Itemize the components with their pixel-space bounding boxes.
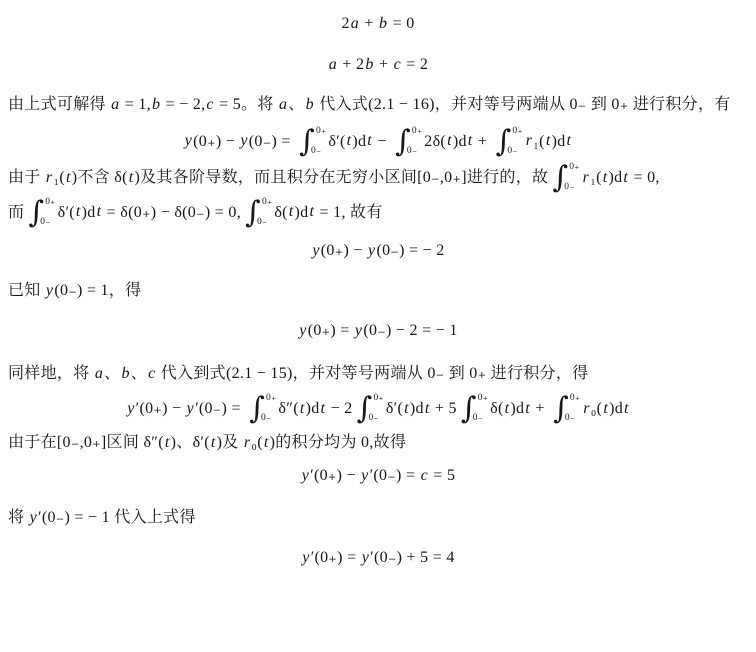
integral-upper-limit: 0₊ [570,394,580,404]
text-run: ₀( [591,400,603,417]
math-variable: t [446,132,453,149]
eq-yprime-integrals: y′(0₊) − y′(0₋) = ∫0₊0₋δ″(t)dt − 2∫0₊0₋δ… [8,392,748,427]
text-run: 代入式(2.1 − 16)，并对等号两端从 0₋ 到 0₊ 进行积分，有 [315,96,731,113]
math-variable: t [403,400,410,417]
math-variable: t [210,434,217,451]
math-variable: t [424,400,431,417]
text-run: 已知 [8,282,45,299]
math-variable: a [94,365,104,382]
text-run: = 1, [120,96,151,113]
integral-limits: 0₊0₋ [411,125,421,160]
text-run: )d [82,203,96,220]
math-variable: t [299,400,306,417]
text-run: (0₊) = [308,322,354,339]
text-run: ₁( [533,132,545,149]
math-variable: r [582,169,591,186]
integral-limits: 0₊0₋ [261,196,271,231]
integral-icon: ∫0₊0₋ [249,392,275,427]
text-run: δ′( [58,203,75,220]
text-run: δ′( [386,400,403,417]
math-variable: b [151,96,161,113]
integral-icon: ∫0₊0₋ [357,392,383,427]
text-run: + [474,132,492,149]
text-run: = δ(0₊) − δ(0₋) = 0, [102,203,241,220]
integral-limits: 0₊0₋ [265,392,275,427]
text-run: ₁( [590,169,602,186]
math-variable: a [328,56,338,73]
integral-limits: 0₊0₋ [477,392,487,427]
math-variable: c [205,96,214,113]
text-run: ₀( [251,434,263,451]
math-variable: y [311,242,320,259]
para-similarly: 同样地，将 a、b、c 代入到式(2.1 − 15)，并对等号两端从 0₋ 到 … [8,360,748,387]
text-run: (0₋) − 2 = − 1 [363,322,457,339]
integral-lower-limit: 0₋ [507,147,517,157]
integral-lower-limit: 0₋ [261,414,271,424]
integral-icon: ∫0₊0₋ [495,125,521,160]
text-run: )d [510,400,524,417]
text-run: = 0, [629,169,660,186]
math-variable: t [288,203,295,220]
math-variable: a [110,96,120,113]
eq-y0-result: y(0₊) − y(0₋) = − 2 [8,237,748,264]
math-variable: y [301,549,310,566]
text-run: 将 [8,509,29,526]
integral-lower-limit: 0₋ [407,147,417,157]
text-run: 由于在[0₋,0₊]区间 δ″( [8,434,164,451]
para-known: 已知 y(0₋) = 1，得 [8,277,748,304]
text-run: + 2 [338,56,364,73]
math-variable: y [186,400,195,417]
integral-upper-limit: 0₊ [512,127,522,137]
text-run: 代入到式(2.1 − 15)，并对等号两端从 0₋ 到 0₊ 进行积分，得 [156,365,588,382]
integral-upper-limit: 0₊ [45,198,55,208]
text-run: ′(0₊) − [310,467,360,484]
para-r0: 由于在[0₋,0₊]区间 δ″(t)、δ′(t)及 r₀(t)的积分均为 0,故… [8,429,748,456]
text-run: (0₋) = − 2 [376,242,444,259]
text-run: 2δ( [424,132,446,149]
text-run: 由上式可解得 [8,96,110,113]
integral-lower-limit: 0₋ [565,414,575,424]
integral-lower-limit: 0₋ [564,183,574,193]
text-run: ′(0₋) = − 1 代入上式得 [38,509,196,526]
integral-icon: ∫0₊0₋ [245,196,271,231]
integral-upper-limit: 0₊ [266,394,276,404]
math-variable: y [29,509,38,526]
para-r1: 由于 r₁(t)不含 δ(t)及其各阶导数，而且积分在无穷小区间[0₋,0₊]进… [8,161,748,196]
text-run: − 2 [326,400,352,417]
math-variable: b [305,96,315,113]
text-run: = − 2, [161,96,205,113]
integral-icon: ∫0₊0₋ [395,125,421,160]
text-run: = 2 [402,56,428,73]
math-variable: t [65,169,72,186]
integral-lower-limit: 0₋ [311,147,321,157]
text-run: δ( [490,400,503,417]
integral-limits: 0₊0₋ [372,392,382,427]
integral-icon: ∫0₊0₋ [461,392,487,427]
math-variable: b [120,365,130,382]
integral-upper-limit: 0₊ [478,394,488,404]
integral-icon: ∫0₊0₋ [28,196,54,231]
text-run: 2 [341,15,349,32]
text-run: = 5 [429,467,455,484]
text-run: )及其各阶导数，而且积分在无穷小区间[0₋,0₊]进行的，故 [134,169,548,186]
text-run: ′(0₋) = [195,400,245,417]
integral-upper-limit: 0₊ [569,163,579,173]
text-run: 由于 [8,169,45,186]
math-variable: t [75,203,82,220]
integral-upper-limit: 0₊ [262,198,272,208]
math-variable: r [582,400,591,417]
text-run: )d [410,400,424,417]
text-run: 而 [8,203,24,220]
math-variable: y [298,322,307,339]
integral-upper-limit: 0₊ [373,394,383,404]
integral-limits: 0₊0₋ [569,392,579,427]
text-run: )d [609,400,623,417]
document-blocks: 2a + b = 0a + 2b + c = 2由上式可解得 a = 1,b =… [8,10,748,571]
text-run: − [373,132,391,149]
eq-yprime-result: y′(0₊) − y′(0₋) = c = 5 [8,462,748,489]
text-run: (0₊) − [193,132,239,149]
para-solve: 由上式可解得 a = 1,b = − 2,c = 5。将 a、b 代入式(2.1… [8,91,748,118]
integral-limits: 0₊0₋ [44,196,54,231]
math-variable: t [524,400,531,417]
eq-y0-value: y(0₊) = y(0₋) − 2 = − 1 [8,317,748,344]
text-run: + [375,56,393,73]
text-run: = 0 [388,15,414,32]
text-run: )的积分均为 0,故得 [270,434,407,451]
textbook-page: 2a + b = 0a + 2b + c = 2由上式可解得 a = 1,b =… [0,0,756,571]
text-run: + [360,15,378,32]
math-variable: y [360,467,369,484]
eq-y0-integrals: y(0₊) − y(0₋) = ∫0₊0₋δ′(t)dt − ∫0₊0₋2δ(t… [8,125,748,160]
math-variable: t [566,132,573,149]
text-run: 、 [288,96,304,113]
eq-yprime-value: y′(0₊) = y′(0₋) + 5 = 4 [8,544,748,571]
integral-upper-limit: 0₊ [316,127,326,137]
integral-limits: 0₊0₋ [511,125,521,160]
text-run: )d [608,169,622,186]
text-run: )d [295,203,309,220]
text-run: ′(0₋) + 5 = 4 [370,549,455,566]
integral-icon: ∫0₊0₋ [299,125,325,160]
text-run: 、 [131,365,147,382]
text-run: (0₊) − [321,242,367,259]
math-variable: a [350,15,360,32]
para-substitute: 将 y′(0₋) = − 1 代入上式得 [8,504,748,531]
text-run: )d [352,132,366,149]
integral-lower-limit: 0₋ [473,414,483,424]
math-variable: y [126,400,135,417]
text-run: δ′( [328,132,345,149]
integral-lower-limit: 0₋ [257,218,267,228]
text-run: (0₋) = 1，得 [54,282,141,299]
math-variable: t [623,400,630,417]
integral-lower-limit: 0₋ [40,218,50,228]
text-run: ′(0₊) − [136,400,186,417]
math-variable: y [184,132,193,149]
math-variable: y [45,282,54,299]
para-delta: 而∫0₊0₋δ′(t)dt = δ(0₊) − δ(0₋) = 0,∫0₊0₋δ… [8,196,748,231]
integral-limits: 0₊0₋ [568,161,578,196]
text-run: ′(0₊) = [311,549,361,566]
math-variable: b [364,56,374,73]
text-run: )不含 δ( [72,169,128,186]
text-run: (0₋) = [249,132,295,149]
text-run: ₁( [53,169,65,186]
text-run: + 5 [431,400,457,417]
math-variable: t [545,132,552,149]
math-variable: c [393,56,402,73]
math-variable: c [420,467,429,484]
text-run: δ( [274,203,287,220]
math-variable: t [164,434,171,451]
math-variable: t [263,434,270,451]
text-run: δ″( [278,400,298,417]
text-run: )d [306,400,320,417]
text-run: )、δ′( [171,434,210,451]
text-run: 同样地，将 [8,365,94,382]
math-variable: y [301,467,310,484]
text-run: 、 [104,365,120,382]
text-run: = 1, 故有 [315,203,382,220]
text-run: + [531,400,549,417]
math-variable: y [361,549,370,566]
math-variable: b [378,15,388,32]
text-run: )及 [217,434,243,451]
math-variable: y [239,132,248,149]
integral-limits: 0₊0₋ [315,125,325,160]
text-run: = 5。将 [215,96,278,113]
math-variable: t [467,132,474,149]
integral-icon: ∫0₊0₋ [553,392,579,427]
text-run: )d [453,132,467,149]
integral-lower-limit: 0₋ [368,414,378,424]
math-variable: y [354,322,363,339]
text-run: ′(0₋) = [370,467,420,484]
text-run: )d [552,132,566,149]
eq-2: a + 2b + c = 2 [8,51,748,78]
math-variable: a [278,96,288,113]
integral-icon: ∫0₊0₋ [552,161,578,196]
integral-upper-limit: 0₊ [412,127,422,137]
eq-1: 2a + b = 0 [8,10,748,37]
